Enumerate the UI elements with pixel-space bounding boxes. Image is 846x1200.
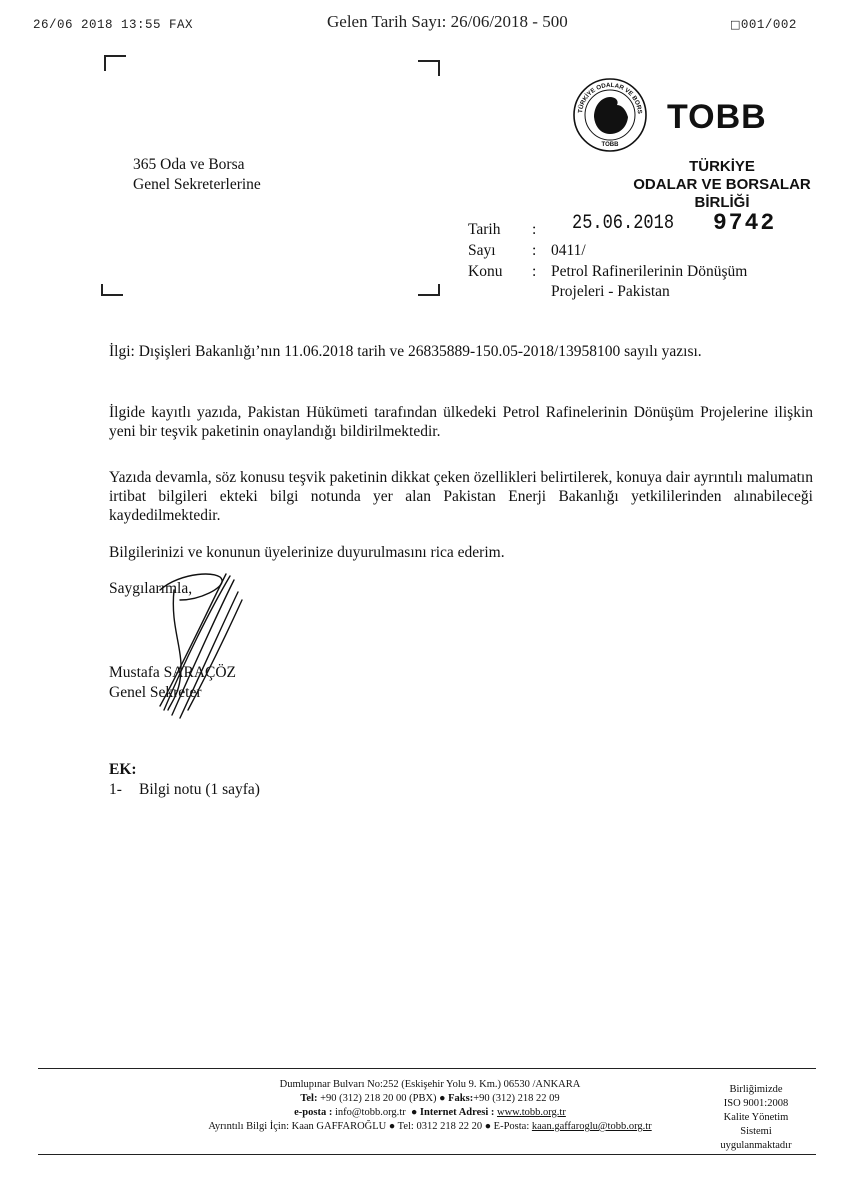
website-link[interactable]: www.tobb.org.tr bbox=[497, 1107, 566, 1118]
meta-value-line-2: Projeleri - Pakistan bbox=[551, 283, 670, 301]
body-paragraph: Bilgilerinizi ve konunun üyelerinize duy… bbox=[109, 543, 813, 562]
iso-line: Kalite Yönetim bbox=[702, 1111, 810, 1125]
address-window-corner-top-left bbox=[104, 55, 126, 71]
bullet-icon: ● bbox=[485, 1121, 491, 1132]
meta-colon: : bbox=[532, 263, 536, 281]
footer-divider-top bbox=[38, 1068, 816, 1069]
meta-value: 0411/ bbox=[551, 242, 586, 260]
tobb-logo-text: TOBB bbox=[667, 98, 767, 137]
number-stamp: 9742 bbox=[713, 210, 776, 236]
meta-label: Sayı bbox=[468, 242, 496, 260]
iso-certification-note: Birliğimizde ISO 9001:2008 Kalite Yöneti… bbox=[702, 1083, 810, 1153]
fax-page-counter: □001/002 bbox=[730, 18, 797, 32]
footer-address: Dumlupınar Bulvarı No:252 (Eskişehir Yol… bbox=[180, 1078, 680, 1092]
contact-label: Ayrıntılı Bilgi İçin: bbox=[208, 1121, 289, 1132]
footer-phone-line: Tel: +90 (312) 218 20 00 (PBX) ● Faks:+9… bbox=[180, 1092, 680, 1106]
contact-email-label: E-Posta: bbox=[494, 1121, 530, 1132]
incoming-date-number: Gelen Tarih Sayı: 26/06/2018 - 500 bbox=[327, 12, 568, 32]
attachment-text: Bilgi notu (1 sayfa) bbox=[139, 781, 260, 798]
email-value[interactable]: info@tobb.org.tr bbox=[335, 1107, 406, 1118]
tel-value: +90 (312) 218 20 00 (PBX) bbox=[320, 1093, 436, 1104]
meta-colon: : bbox=[532, 221, 536, 239]
reference-line: İlgi: Dışişleri Bakanlığı’nın 11.06.2018… bbox=[109, 343, 702, 361]
meta-colon: : bbox=[532, 242, 536, 260]
attachment-item: 1-Bilgi notu (1 sayfa) bbox=[109, 781, 260, 799]
address-window-corner-top-right bbox=[418, 60, 440, 76]
address-window-corner-bottom-left bbox=[101, 284, 123, 296]
recipient-line-1: 365 Oda ve Borsa bbox=[133, 155, 261, 175]
fax-page-icon: □ bbox=[730, 18, 741, 31]
body-paragraph: İlgide kayıtlı yazıda, Pakistan Hükümeti… bbox=[109, 403, 813, 441]
contact-name: Kaan GAFFAROĞLU bbox=[292, 1121, 387, 1132]
organization-name: TÜRKİYE ODALAR VE BORSALAR BİRLİĞİ bbox=[628, 158, 816, 212]
recipient-line-2: Genel Sekreterlerine bbox=[133, 175, 261, 195]
footer-email-line: e-posta : info@tobb.org.tr ● Internet Ad… bbox=[180, 1106, 680, 1120]
org-name-line-1: TÜRKİYE bbox=[628, 158, 816, 176]
meta-label: Tarih bbox=[468, 221, 500, 239]
svg-text:TOBB: TOBB bbox=[602, 142, 620, 148]
page-count: 001/002 bbox=[741, 18, 797, 32]
tel-label: Tel: bbox=[300, 1093, 317, 1104]
address-window-corner-bottom-right bbox=[418, 284, 440, 296]
footer-contact-block: Dumlupınar Bulvarı No:252 (Eskişehir Yol… bbox=[180, 1078, 680, 1134]
contact-email-link[interactable]: kaan.gaffaroglu@tobb.org.tr bbox=[532, 1121, 652, 1132]
footer-divider-bottom bbox=[38, 1154, 816, 1155]
iso-line: Birliğimizde bbox=[702, 1083, 810, 1097]
footer-contact-line: Ayrıntılı Bilgi İçin: Kaan GAFFAROĞLU ● … bbox=[180, 1120, 680, 1134]
fax-timestamp: 26/06 2018 13:55 FAX bbox=[33, 18, 193, 32]
email-label: e-posta : bbox=[294, 1107, 332, 1118]
signer-name: Mustafa SARAÇÖZ bbox=[109, 664, 236, 682]
meta-value: Petrol Rafinerilerinin Dönüşüm bbox=[551, 263, 747, 281]
contact-tel: Tel: 0312 218 22 20 bbox=[398, 1121, 482, 1132]
attachments-heading: EK: bbox=[109, 761, 137, 779]
iso-line: uygulanmaktadır bbox=[702, 1139, 810, 1153]
iso-line: ISO 9001:2008 bbox=[702, 1097, 810, 1111]
fax-label: Faks: bbox=[448, 1093, 473, 1104]
signer-title: Genel Sekreter bbox=[109, 684, 202, 702]
body-paragraph: Yazıda devamla, söz konusu teşvik paketi… bbox=[109, 468, 813, 525]
fax-value: +90 (312) 218 22 09 bbox=[473, 1093, 559, 1104]
bullet-icon: ● bbox=[389, 1121, 395, 1132]
bullet-icon: ● bbox=[411, 1107, 417, 1118]
iso-line: Sistemi bbox=[702, 1125, 810, 1139]
org-name-line-2: ODALAR VE BORSALAR bbox=[628, 176, 816, 194]
web-label: Internet Adresi : bbox=[420, 1107, 494, 1118]
tobb-emblem-icon: TÜRKİYE ODALAR VE BORSALAR BİRLİĞİ TOBB bbox=[572, 77, 648, 153]
attachment-number: 1- bbox=[109, 781, 139, 799]
bullet-icon: ● bbox=[439, 1093, 445, 1104]
recipient-block: 365 Oda ve Borsa Genel Sekreterlerine bbox=[133, 155, 261, 195]
meta-label: Konu bbox=[468, 263, 502, 281]
date-stamp: 25.06.2018 bbox=[572, 212, 674, 235]
